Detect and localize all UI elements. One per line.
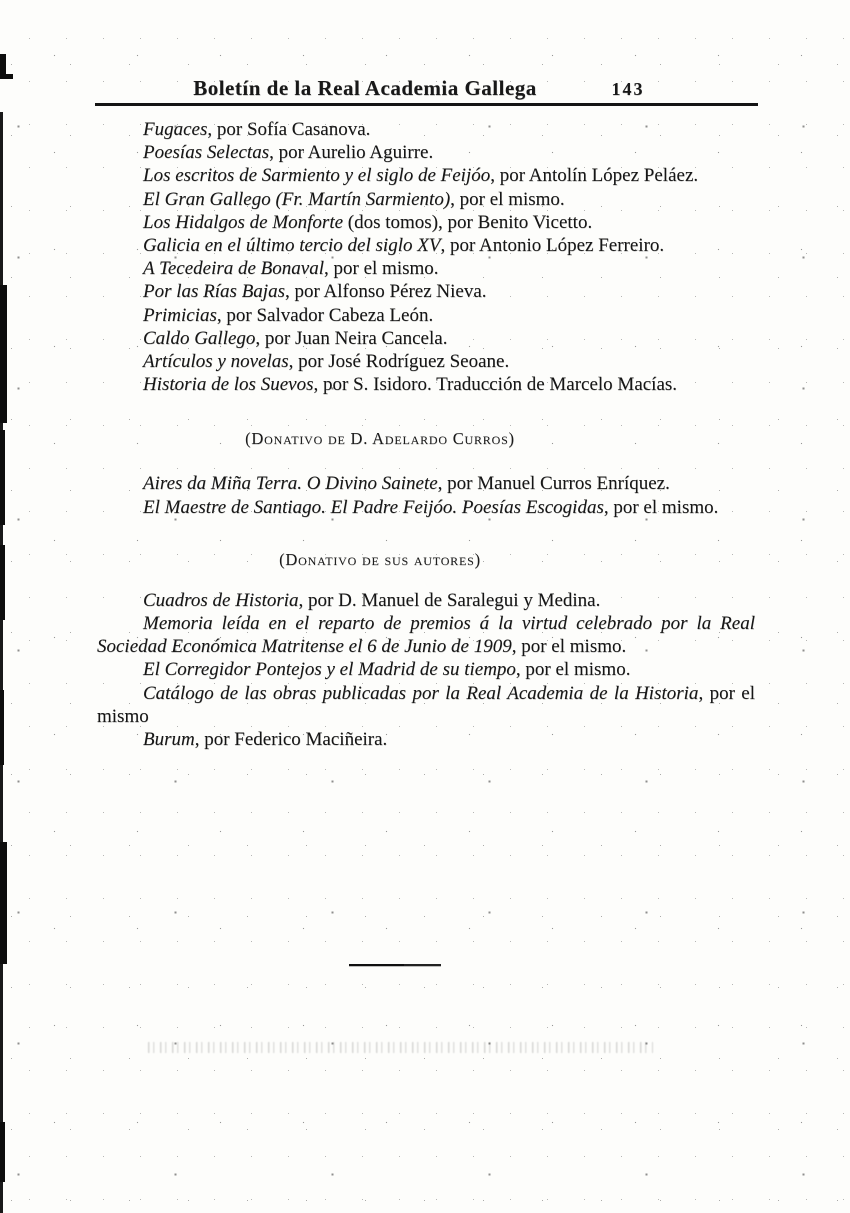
- work-attribution: , por el mismo.: [516, 659, 631, 680]
- work-attribution: , por el mismo.: [324, 258, 439, 279]
- work-title: Historia de los Suevos: [143, 374, 313, 395]
- catalog-entry: Caldo Gallego, por Juan Neira Cancela.: [97, 327, 755, 350]
- work-attribution: , por D. Manuel de Saralegui y Medina.: [299, 590, 601, 611]
- work-attribution: (dos tomos), por Benito Vicetto.: [343, 212, 592, 233]
- work-title: Los escritos de Sarmiento y el siglo de …: [143, 165, 490, 186]
- work-title: Primicias: [143, 305, 217, 326]
- work-attribution: , por Aurelio Aguirre.: [269, 142, 433, 163]
- section-heading-donativo-autores: (Donativo de sus autores): [51, 550, 709, 570]
- scan-artifact: [0, 690, 4, 765]
- catalog-entry: A Tecedeira de Bonaval, por el mismo.: [97, 257, 755, 280]
- page-body: Fugaces, por Sofía Casanova. Poesías Sel…: [97, 118, 755, 751]
- work-title: Por las Rías Bajas: [143, 281, 285, 302]
- catalog-entry: El Maestre de Santiago. El Padre Feijóo.…: [97, 496, 755, 519]
- bleedthrough-text: [148, 1042, 653, 1053]
- work-attribution: , por el mismo.: [604, 497, 719, 518]
- catalog-entry: El Corregidor Pontejos y el Madrid de su…: [97, 658, 755, 681]
- work-attribution: , por el mismo.: [450, 189, 565, 210]
- work-attribution: , por Sofía Casanova.: [207, 119, 370, 140]
- work-title: Aires da Miña Terra. O Divino Sainete: [143, 473, 438, 494]
- work-attribution: , por Antonio López Ferreiro.: [440, 235, 664, 256]
- scan-artifact: [0, 74, 13, 79]
- work-attribution: , por el mismo.: [512, 636, 627, 657]
- work-attribution: , por Antolín López Peláez.: [490, 165, 698, 186]
- catalog-entry: Cuadros de Historia, por D. Manuel de Sa…: [97, 589, 755, 612]
- catalog-entry: Fugaces, por Sofía Casanova.: [97, 118, 755, 141]
- scanned-document-page: Boletín de la Real Academia Gallega 143 …: [0, 0, 850, 1213]
- catalog-entry: Artículos y novelas, por José Rodríguez …: [97, 350, 755, 373]
- work-title: Caldo Gallego: [143, 328, 255, 349]
- work-title: Catálogo de las obras publicadas por la …: [143, 683, 698, 704]
- work-attribution: , por Salvador Cabeza León.: [217, 305, 433, 326]
- scan-artifact: [0, 1122, 5, 1182]
- work-title: El Gran Gallego (Fr. Martín Sarmiento): [143, 189, 450, 210]
- work-title: Poesías Selectas: [143, 142, 269, 163]
- catalog-entry: Catálogo de las obras publicadas por la …: [97, 682, 755, 728]
- catalog-entry: Primicias, por Salvador Cabeza León.: [97, 304, 755, 327]
- work-title: A Tecedeira de Bonaval: [143, 258, 324, 279]
- catalog-entry: Memoria leída en el reparto de premios á…: [97, 612, 755, 658]
- work-attribution: , por Federico Maciñeira.: [195, 729, 388, 750]
- scan-artifact: [0, 430, 5, 525]
- scan-artifact: [0, 842, 7, 964]
- catalog-entry: Por las Rías Bajas, por Alfonso Pérez Ni…: [97, 280, 755, 303]
- work-attribution: , por Alfonso Pérez Nieva.: [285, 281, 487, 302]
- catalog-section-2: Aires da Miña Terra. O Divino Sainete, p…: [97, 472, 755, 518]
- catalog-section-3: Cuadros de Historia, por D. Manuel de Sa…: [97, 589, 755, 751]
- catalog-section-1: Fugaces, por Sofía Casanova. Poesías Sel…: [97, 118, 755, 396]
- work-title: Fugaces: [143, 119, 207, 140]
- work-attribution: , por Juan Neira Cancela.: [255, 328, 447, 349]
- work-title: El Maestre de Santiago. El Padre Feijóo.…: [143, 497, 604, 518]
- work-title: Los Hidalgos de Monforte: [143, 212, 343, 233]
- catalog-entry: Historia de los Suevos, por S. Isidoro. …: [97, 373, 755, 396]
- section-heading-donativo-curros: (Donativo de D. Adelardo Curros): [51, 429, 709, 449]
- catalog-entry: Aires da Miña Terra. O Divino Sainete, p…: [97, 472, 755, 495]
- work-title: Burum: [143, 729, 195, 750]
- work-title: Artículos y novelas: [143, 351, 289, 372]
- catalog-entry: Burum, por Federico Maciñeira.: [97, 728, 755, 751]
- catalog-entry: El Gran Gallego (Fr. Martín Sarmiento), …: [97, 188, 755, 211]
- work-title: Cuadros de Historia: [143, 590, 299, 611]
- work-attribution: , por Manuel Curros Enríquez.: [438, 473, 670, 494]
- scan-artifact: [0, 112, 3, 1213]
- catalog-entry: Galicia en el último tercio del siglo XV…: [97, 234, 755, 257]
- header-rule: [95, 103, 758, 106]
- catalog-entry: Poesías Selectas, por Aurelio Aguirre.: [97, 141, 755, 164]
- work-title: Galicia en el último tercio del siglo XV: [143, 235, 440, 256]
- scan-artifact: [0, 285, 7, 423]
- catalog-entry: Los Hidalgos de Monforte (dos tomos), po…: [97, 211, 755, 234]
- work-attribution: , por José Rodríguez Seoane.: [289, 351, 510, 372]
- journal-title: Boletín de la Real Academia Gallega: [193, 76, 537, 101]
- section-divider: [349, 964, 441, 966]
- page-number: 143: [612, 79, 645, 100]
- work-attribution: , por S. Isidoro. Traducción de Marcelo …: [313, 374, 677, 395]
- work-title: El Corregidor Pontejos y el Madrid de su…: [143, 659, 516, 680]
- page-header: Boletín de la Real Academia Gallega 143: [95, 68, 758, 106]
- catalog-entry: Los escritos de Sarmiento y el siglo de …: [97, 164, 755, 187]
- scan-artifact: [0, 545, 5, 620]
- work-title: Memoria leída en el reparto de premios á…: [97, 613, 755, 657]
